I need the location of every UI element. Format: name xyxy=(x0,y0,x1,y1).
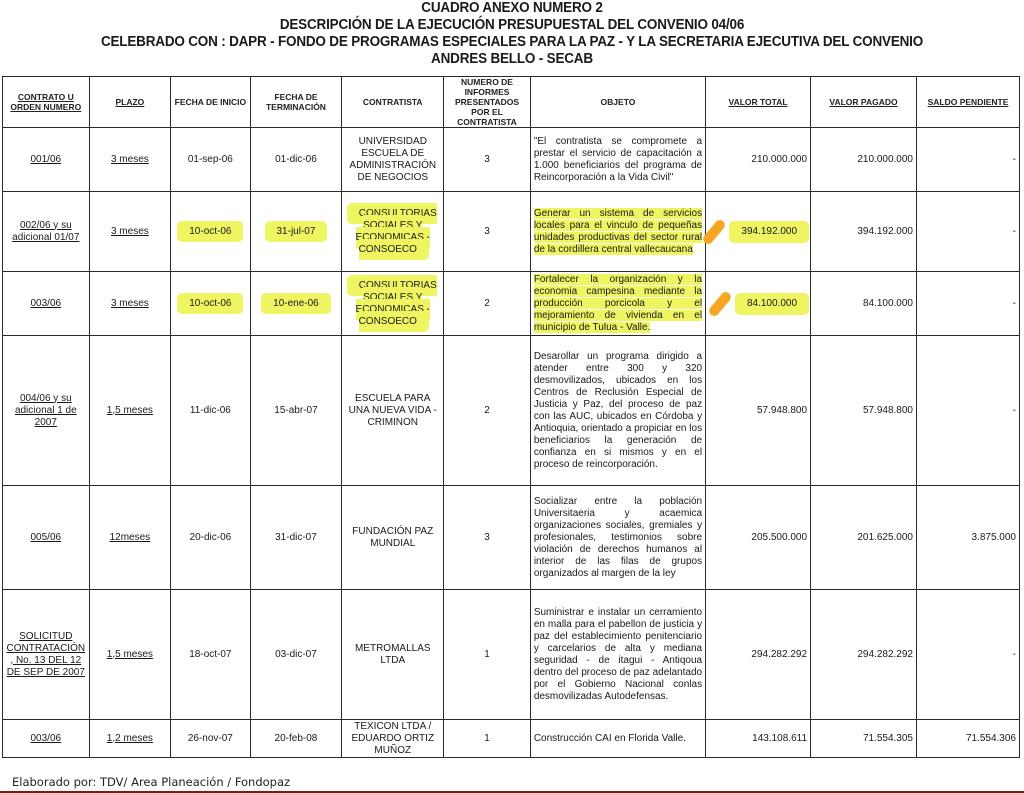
table-header-row: CONTRATO U ORDEN NUMERO PLAZO FECHA DE I… xyxy=(3,77,1020,128)
cell-plazo: 3 meses xyxy=(89,192,171,272)
cell-fecha-terminacion: 01-dic-06 xyxy=(250,128,342,192)
cell-saldo-pendiente: - xyxy=(917,272,1020,336)
cell-saldo-pendiente: - xyxy=(917,128,1020,192)
cell-contratista: UNIVERSIDAD ESCUELA DE ADMINISTRACIÓN DE… xyxy=(342,128,444,192)
header-contrato: CONTRATO U ORDEN NUMERO xyxy=(3,77,90,128)
cell-informes: 2 xyxy=(444,272,531,336)
cell-fecha-terminacion: 15-abr-07 xyxy=(250,336,342,486)
table-row: 001/063 meses01-sep-0601-dic-06UNIVERSID… xyxy=(3,128,1020,192)
title-line-2: DESCRIPCIÓN DE LA EJECUCIÓN PRESUPUESTAL… xyxy=(36,17,988,34)
document-titles: CUADRO ANEXO NUMERO 2 DESCRIPCIÓN DE LA … xyxy=(0,0,1024,68)
header-fecha-inicio: FECHA DE INICIO xyxy=(171,77,250,128)
cell-fecha-inicio: 26-nov-07 xyxy=(171,720,250,758)
cell-informes: 3 xyxy=(444,192,531,272)
cell-fecha-terminacion: 10-ene-06 xyxy=(250,272,342,336)
cell-contrato: 005/06 xyxy=(3,486,90,590)
cell-contrato: 002/06 y su adicional 01/07 xyxy=(3,192,90,272)
cell-fecha-inicio: 18-oct-07 xyxy=(171,590,250,720)
cell-contrato: 001/06 xyxy=(3,128,90,192)
cell-saldo-pendiente: - xyxy=(917,590,1020,720)
cell-fecha-terminacion: 20-feb-08 xyxy=(250,720,342,758)
cell-fecha-inicio: 20-dic-06 xyxy=(171,486,250,590)
table-row: 002/06 y su adicional 01/073 meses10-oct… xyxy=(3,192,1020,272)
cell-informes: 1 xyxy=(444,590,531,720)
cell-informes: 2 xyxy=(444,336,531,486)
cell-contratista: METROMALLAS LTDA xyxy=(342,590,444,720)
cell-objeto: Suministrar e instalar un cerramiento en… xyxy=(530,590,705,720)
cell-plazo: 1,2 meses xyxy=(89,720,171,758)
checkmark-icon xyxy=(702,218,728,246)
cell-valor-pagado: 71.554.305 xyxy=(811,720,917,758)
header-valor-total: VALOR TOTAL xyxy=(706,77,811,128)
cell-objeto: Desarollar un programa dirigido a atende… xyxy=(530,336,705,486)
cell-objeto: Generar un sistema de servicios locales … xyxy=(530,192,705,272)
header-saldo-pendiente: SALDO PENDIENTE xyxy=(917,77,1020,128)
table-row: 003/063 meses10-oct-0610-ene-06CONSULTOR… xyxy=(3,272,1020,336)
cell-valor-pagado: 57.948.800 xyxy=(811,336,917,486)
cell-objeto: Fortalecer la organización y la economia… xyxy=(530,272,705,336)
cell-plazo: 1,5 meses xyxy=(89,590,171,720)
cell-valor-pagado: 394.192.000 xyxy=(811,192,917,272)
budget-execution-table: CONTRATO U ORDEN NUMERO PLAZO FECHA DE I… xyxy=(2,76,1020,758)
cell-fecha-terminacion: 03-dic-07 xyxy=(250,590,342,720)
cell-contrato: 003/06 xyxy=(3,720,90,758)
cell-saldo-pendiente: - xyxy=(917,336,1020,486)
header-fecha-terminacion: FECHA DE TERMINACIÓN xyxy=(250,77,342,128)
header-objeto: OBJETO xyxy=(530,77,705,128)
cell-objeto: Socializar entre la población Universita… xyxy=(530,486,705,590)
cell-objeto: Construcción CAI en Florida Valle. xyxy=(530,720,705,758)
cell-saldo-pendiente: 3.875.000 xyxy=(917,486,1020,590)
cell-valor-total: 294.282.292 xyxy=(706,590,811,720)
cell-contratista: TEXICON LTDA / EDUARDO ORTIZ MUÑOZ xyxy=(342,720,444,758)
cell-plazo: 3 meses xyxy=(89,128,171,192)
cell-valor-pagado: 294.282.292 xyxy=(811,590,917,720)
title-line-4: ANDRES BELLO - SECAB xyxy=(36,51,988,68)
cell-fecha-terminacion: 31-dic-07 xyxy=(250,486,342,590)
title-line-3: CELEBRADO CON : DAPR - FONDO DE PROGRAMA… xyxy=(36,34,988,51)
cell-plazo: 1,5 meses xyxy=(89,336,171,486)
cell-valor-total: 57.948.800 xyxy=(706,336,811,486)
title-line-1: CUADRO ANEXO NUMERO 2 xyxy=(36,0,988,17)
cell-valor-total: 394.192.000 xyxy=(706,192,811,272)
cell-valor-total: 210.000.000 xyxy=(706,128,811,192)
table-row: 005/0612meses20-dic-0631-dic-07FUNDACIÓN… xyxy=(3,486,1020,590)
cell-informes: 1 xyxy=(444,720,531,758)
table-row: 003/061,2 meses26-nov-0720-feb-08TEXICON… xyxy=(3,720,1020,758)
cell-plazo: 3 meses xyxy=(89,272,171,336)
table-row: 004/06 y su adicional 1 de 20071,5 meses… xyxy=(3,336,1020,486)
cell-valor-total: 143.108.611 xyxy=(706,720,811,758)
cell-valor-pagado: 84.100.000 xyxy=(811,272,917,336)
cell-contrato: 004/06 y su adicional 1 de 2007 xyxy=(3,336,90,486)
header-informes: NUMERO DE INFORMES PRESENTADOS POR EL CO… xyxy=(444,77,531,128)
cell-fecha-inicio: 10-oct-06 xyxy=(171,272,250,336)
checkmark-icon xyxy=(707,290,733,318)
cell-contratista: ESCUELA PARA UNA NUEVA VIDA - CRIMINON xyxy=(342,336,444,486)
cell-fecha-inicio: 01-sep-06 xyxy=(171,128,250,192)
cell-contrato: SOLICITUD CONTRATACIÓN , No. 13 DEL 12 D… xyxy=(3,590,90,720)
cell-informes: 3 xyxy=(444,486,531,590)
cell-fecha-inicio: 10-oct-06 xyxy=(171,192,250,272)
cell-saldo-pendiente: 71.554.306 xyxy=(917,720,1020,758)
cell-informes: 3 xyxy=(444,128,531,192)
header-plazo: PLAZO xyxy=(89,77,171,128)
cell-valor-total: 205.500.000 xyxy=(706,486,811,590)
cell-contrato: 003/06 xyxy=(3,272,90,336)
footer-credit: Elaborado por: TDV/ Area Planeación / Fo… xyxy=(12,775,290,789)
cell-contratista: FUNDACIÓN PAZ MUNDIAL xyxy=(342,486,444,590)
cell-objeto: "El contratista se compromete a prestar … xyxy=(530,128,705,192)
cell-valor-pagado: 201.625.000 xyxy=(811,486,917,590)
cell-saldo-pendiente: - xyxy=(917,192,1020,272)
cell-plazo: 12meses xyxy=(89,486,171,590)
cell-contratista: CONSULTORIAS SOCIALES Y ECONOMICAS - CON… xyxy=(342,272,444,336)
table-row: SOLICITUD CONTRATACIÓN , No. 13 DEL 12 D… xyxy=(3,590,1020,720)
cell-contratista: CONSULTORIAS SOCIALES Y ECONOMICAS - CON… xyxy=(342,192,444,272)
cell-fecha-inicio: 11-dic-06 xyxy=(171,336,250,486)
cell-valor-total: 84.100.000 xyxy=(706,272,811,336)
cell-valor-pagado: 210.000.000 xyxy=(811,128,917,192)
header-contratista: CONTRATISTA xyxy=(342,77,444,128)
cell-fecha-terminacion: 31-jul-07 xyxy=(250,192,342,272)
header-valor-pagado: VALOR PAGADO xyxy=(811,77,917,128)
